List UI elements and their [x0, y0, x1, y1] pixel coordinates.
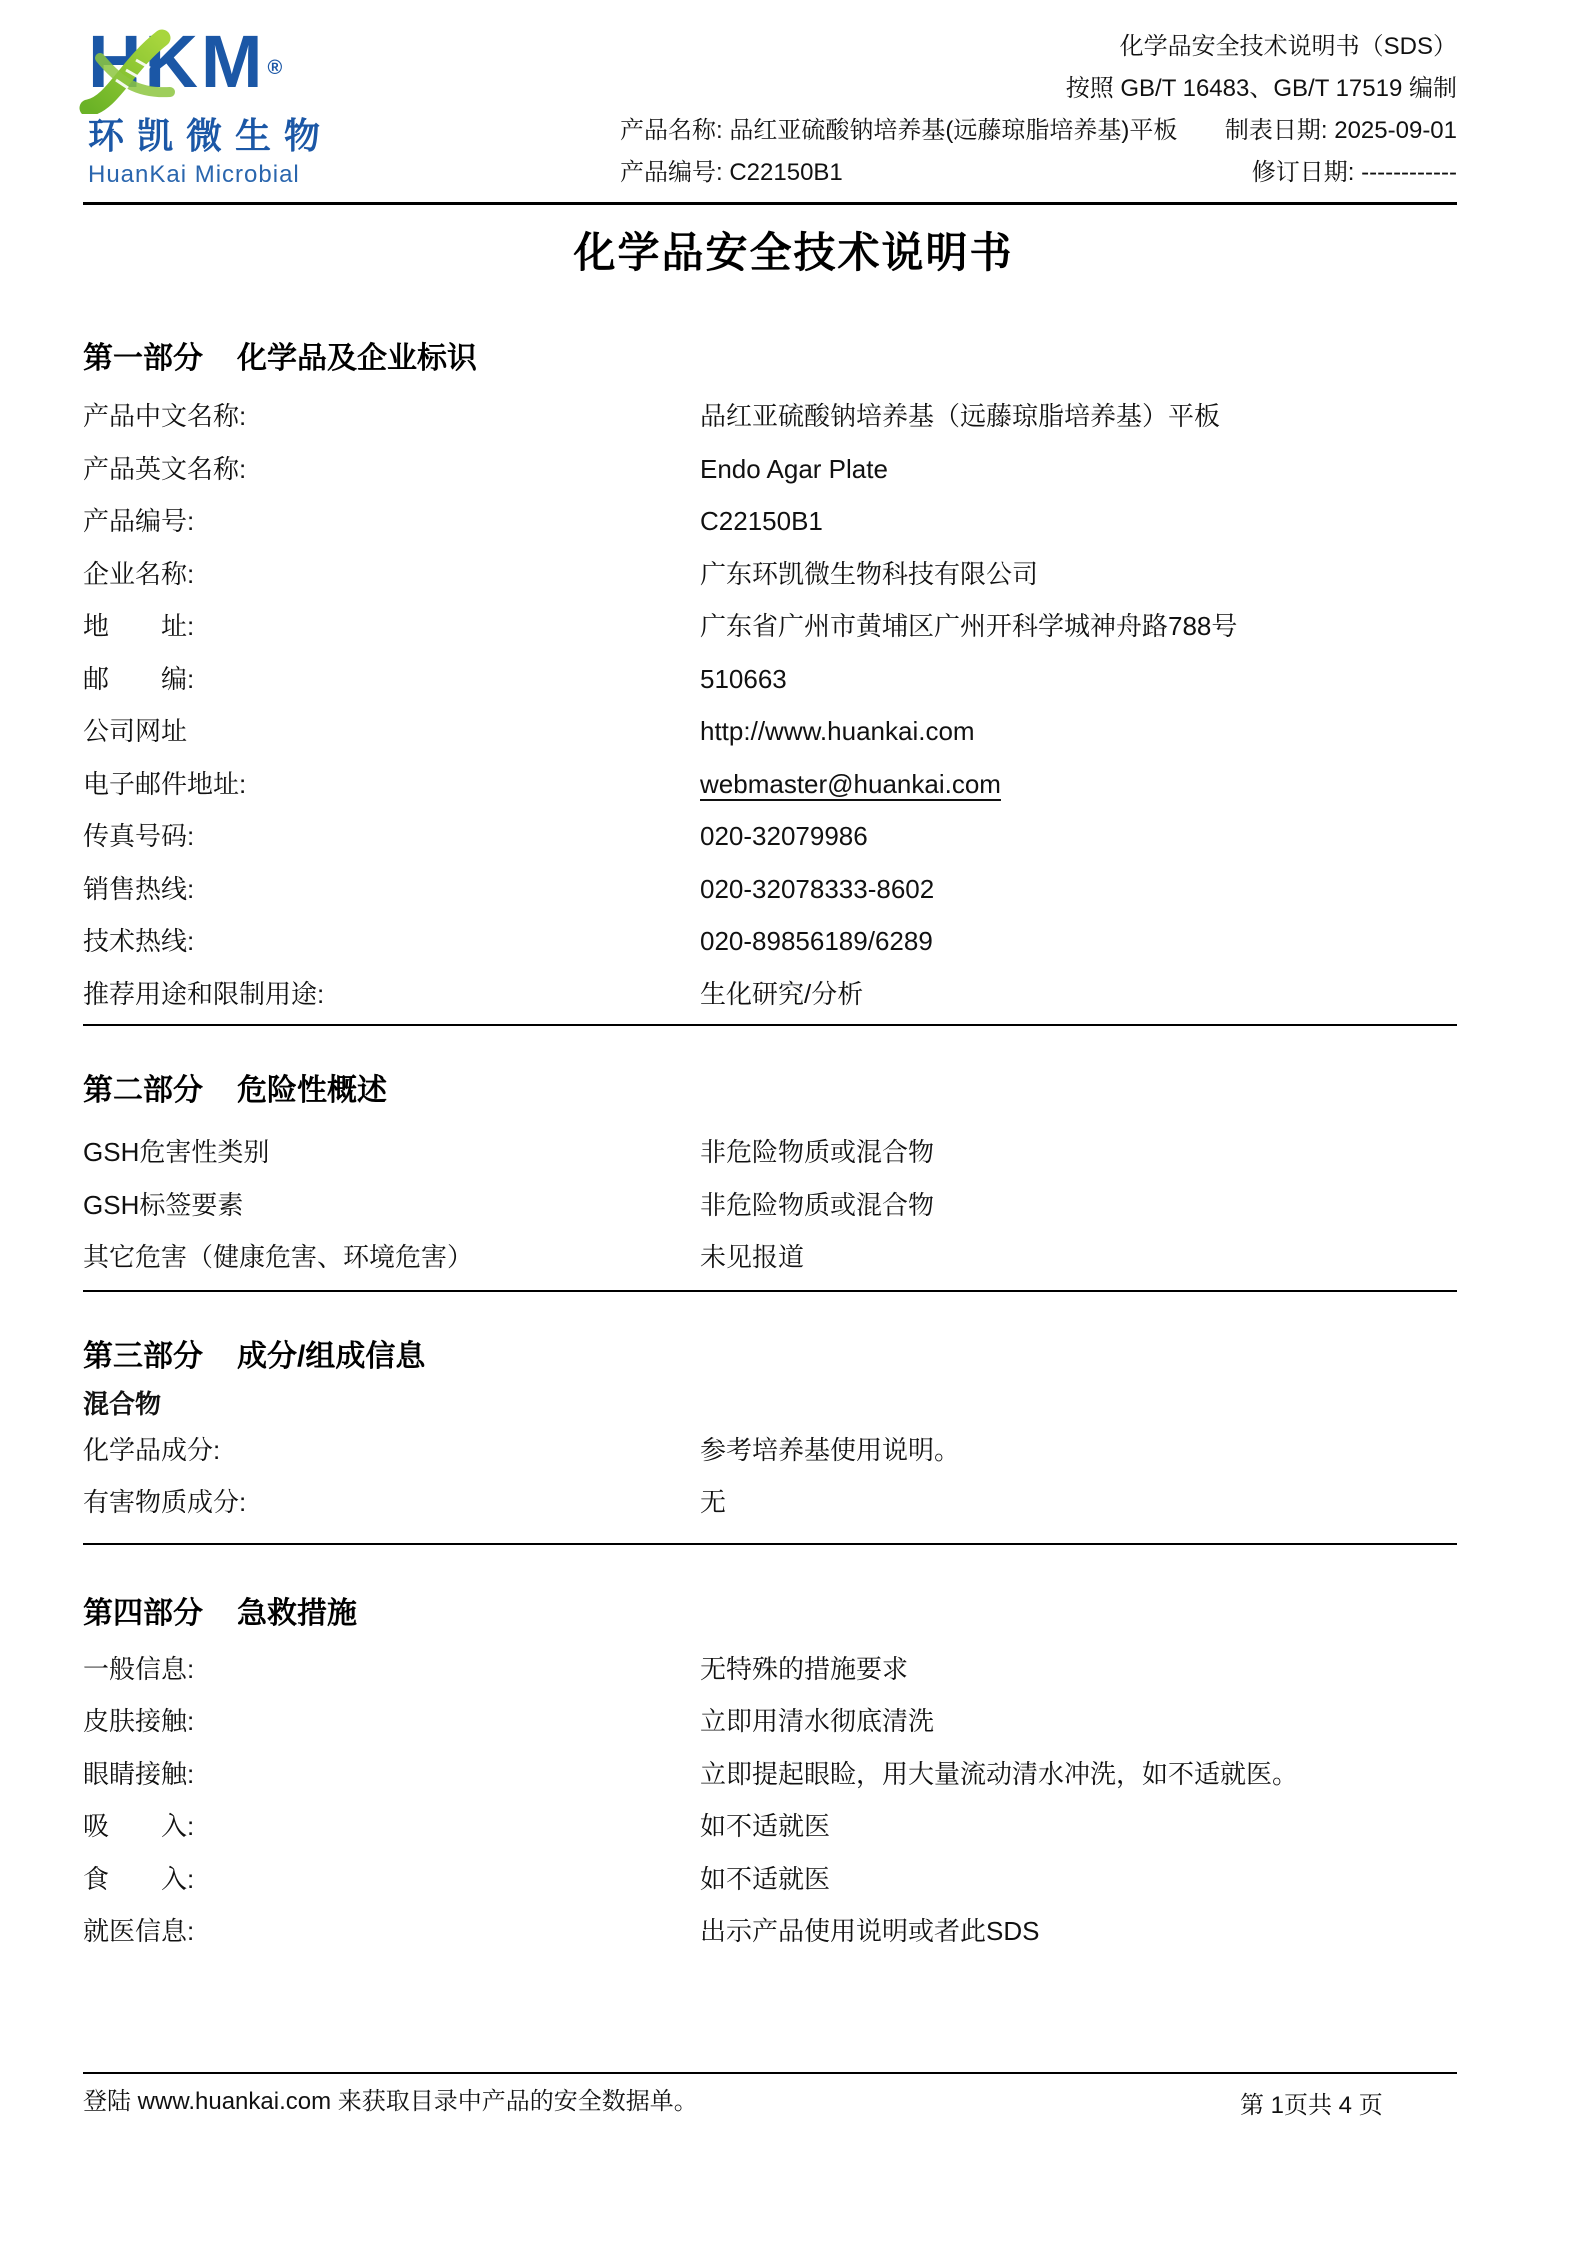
section-4-heading: 第四部分急救措施 [83, 1595, 1457, 1633]
header-standard: 按照 GB/T 16483、GB/T 17519 编制 [620, 68, 1457, 110]
header-product-code: 产品编号: C22150B1 [620, 152, 843, 194]
field-label: 吸 入: [83, 1800, 700, 1853]
field-label: GSH危害性类别 [83, 1126, 700, 1179]
field-value: Endo Agar Plate [700, 443, 1457, 496]
field-row: 一般信息:无特殊的措施要求 [83, 1643, 1457, 1696]
field-value: 如不适就医 [700, 1853, 1457, 1906]
field-value: 020-32079986 [700, 810, 1457, 863]
section-hazards: 第二部分危险性概述 GSH危害性类别非危险物质或混合物 GSH标签要素非危险物质… [83, 1072, 1457, 1292]
field-label: 皮肤接触: [83, 1695, 700, 1748]
field-value: 未见报道 [700, 1231, 1457, 1284]
section-1-heading: 第一部分化学品及企业标识 [83, 340, 1457, 378]
field-row: 食 入:如不适就医 [83, 1853, 1457, 1906]
section-2-heading: 第二部分危险性概述 [83, 1072, 1457, 1110]
field-value: 广东环凯微生物科技有限公司 [700, 548, 1457, 601]
section-divider [83, 1290, 1457, 1292]
section-divider [83, 1543, 1457, 1545]
field-label: 一般信息: [83, 1643, 700, 1696]
field-label: 推荐用途和限制用途: [83, 968, 700, 1021]
field-label: 销售热线: [83, 863, 700, 916]
field-row: 推荐用途和限制用途:生化研究/分析 [83, 968, 1457, 1021]
field-row: 产品英文名称:Endo Agar Plate [83, 443, 1457, 496]
section-divider [83, 1024, 1457, 1026]
field-label: GSH标签要素 [83, 1179, 700, 1232]
field-label: 就医信息: [83, 1905, 700, 1958]
field-label: 其它危害（健康危害、环境危害） [83, 1231, 700, 1284]
field-row: 眼睛接触:立即提起眼睑，用大量流动清水冲洗，如不适就医。 [83, 1748, 1457, 1801]
section-identification: 第一部分化学品及企业标识 产品中文名称:品红亚硫酸钠培养基（远藤琼脂培养基）平板… [83, 340, 1457, 1026]
field-row: 产品编号:C22150B1 [83, 495, 1457, 548]
field-value: 广东省广州市黄埔区广州开科学城神舟路788号 [700, 600, 1457, 653]
field-label: 化学品成分: [83, 1424, 700, 1477]
field-value: 品红亚硫酸钠培养基（远藤琼脂培养基）平板 [700, 390, 1457, 443]
field-value: 510663 [700, 653, 1457, 706]
field-row: 地 址:广东省广州市黄埔区广州开科学城神舟路788号 [83, 600, 1457, 653]
header-divider [83, 202, 1457, 205]
logo-mark: HKM® [88, 20, 388, 104]
field-label: 产品英文名称: [83, 443, 700, 496]
field-row: 产品中文名称:品红亚硫酸钠培养基（远藤琼脂培养基）平板 [83, 390, 1457, 443]
field-label: 企业名称: [83, 548, 700, 601]
document-body: 第一部分化学品及企业标识 产品中文名称:品红亚硫酸钠培养基（远藤琼脂培养基）平板… [83, 330, 1457, 1958]
field-value: 出示产品使用说明或者此SDS [700, 1905, 1457, 1958]
field-value: 020-32078333-8602 [700, 863, 1457, 916]
field-label: 地 址: [83, 600, 700, 653]
field-row: GSH标签要素非危险物质或混合物 [83, 1179, 1457, 1232]
field-value: C22150B1 [700, 495, 1457, 548]
field-label: 产品编号: [83, 495, 700, 548]
field-label: 公司网址 [83, 705, 700, 758]
page-title: 化学品安全技术说明书 [0, 220, 1587, 280]
field-label: 食 入: [83, 1853, 700, 1906]
field-value: 参考培养基使用说明。 [700, 1424, 1457, 1477]
field-row: 传真号码:020-32079986 [83, 810, 1457, 863]
field-row: 吸 入:如不适就医 [83, 1800, 1457, 1853]
header-doc-type: 化学品安全技术说明书（SDS） [620, 26, 1457, 68]
field-label: 电子邮件地址: [83, 758, 700, 811]
field-row: 销售热线:020-32078333-8602 [83, 863, 1457, 916]
section-first-aid: 第四部分急救措施 一般信息:无特殊的措施要求 皮肤接触:立即用清水彻底清洗 眼睛… [83, 1595, 1457, 1958]
page-number: 第 1页共 4 页 [1240, 2090, 1383, 2122]
field-value: 020-89856189/6289 [700, 915, 1457, 968]
header-made-date: 制表日期: 2025-09-01 [1225, 110, 1457, 152]
sds-page: HKM® 环凯微生物 HuanKai Microbial [0, 0, 1587, 2245]
company-logo: HKM® 环凯微生物 HuanKai Microbial [88, 20, 388, 189]
field-row: 就医信息:出示产品使用说明或者此SDS [83, 1905, 1457, 1958]
field-row: 其它危害（健康危害、环境危害）未见报道 [83, 1231, 1457, 1284]
field-label: 邮 编: [83, 653, 700, 706]
logo-chinese-name: 环凯微生物 [88, 108, 388, 159]
mixture-subheading: 混合物 [83, 1384, 1457, 1424]
field-row: 公司网址http://www.huankai.com [83, 705, 1457, 758]
field-label: 眼睛接触: [83, 1748, 700, 1801]
field-value: 生化研究/分析 [700, 968, 1457, 1021]
footer-divider [83, 2072, 1457, 2074]
field-label: 产品中文名称: [83, 390, 700, 443]
field-row: GSH危害性类别非危险物质或混合物 [83, 1126, 1457, 1179]
field-label: 技术热线: [83, 915, 700, 968]
section-3-heading: 第三部分成分/组成信息 [83, 1338, 1457, 1376]
field-row: 邮 编:510663 [83, 653, 1457, 706]
section-composition: 第三部分成分/组成信息 混合物 化学品成分:参考培养基使用说明。 有害物质成分:… [83, 1338, 1457, 1545]
website-url: http://www.huankai.com [700, 705, 1457, 758]
registered-trademark-icon: ® [268, 57, 283, 79]
email-link[interactable]: webmaster@huankai.com [700, 758, 1001, 811]
header-product-name: 产品名称: 品红亚硫酸钠培养基(远藤琼脂培养基)平板 [620, 110, 1177, 152]
field-value: 无 [700, 1476, 1457, 1529]
logo-english-name: HuanKai Microbial [88, 161, 388, 189]
field-value: 无特殊的措施要求 [700, 1643, 1457, 1696]
logo-hkm-text: HKM [88, 20, 266, 103]
field-row: 企业名称:广东环凯微生物科技有限公司 [83, 548, 1457, 601]
field-label: 传真号码: [83, 810, 700, 863]
field-value: 非危险物质或混合物 [700, 1126, 1457, 1179]
field-row: 有害物质成分:无 [83, 1476, 1457, 1529]
field-row: 技术热线:020-89856189/6289 [83, 915, 1457, 968]
footer-note: 登陆 www.huankai.com 来获取目录中产品的安全数据单。 [83, 2086, 698, 2118]
field-row: 电子邮件地址:webmaster@huankai.com [83, 758, 1457, 811]
field-label: 有害物质成分: [83, 1476, 700, 1529]
field-value: 立即提起眼睑，用大量流动清水冲洗，如不适就医。 [700, 1748, 1457, 1801]
document-header: 化学品安全技术说明书（SDS） 按照 GB/T 16483、GB/T 17519… [620, 26, 1457, 194]
header-revision-date: 修订日期: ------------ [1252, 152, 1457, 194]
field-value: 非危险物质或混合物 [700, 1179, 1457, 1232]
field-value: 如不适就医 [700, 1800, 1457, 1853]
field-row: 化学品成分:参考培养基使用说明。 [83, 1424, 1457, 1477]
field-value: 立即用清水彻底清洗 [700, 1695, 1457, 1748]
field-row: 皮肤接触:立即用清水彻底清洗 [83, 1695, 1457, 1748]
